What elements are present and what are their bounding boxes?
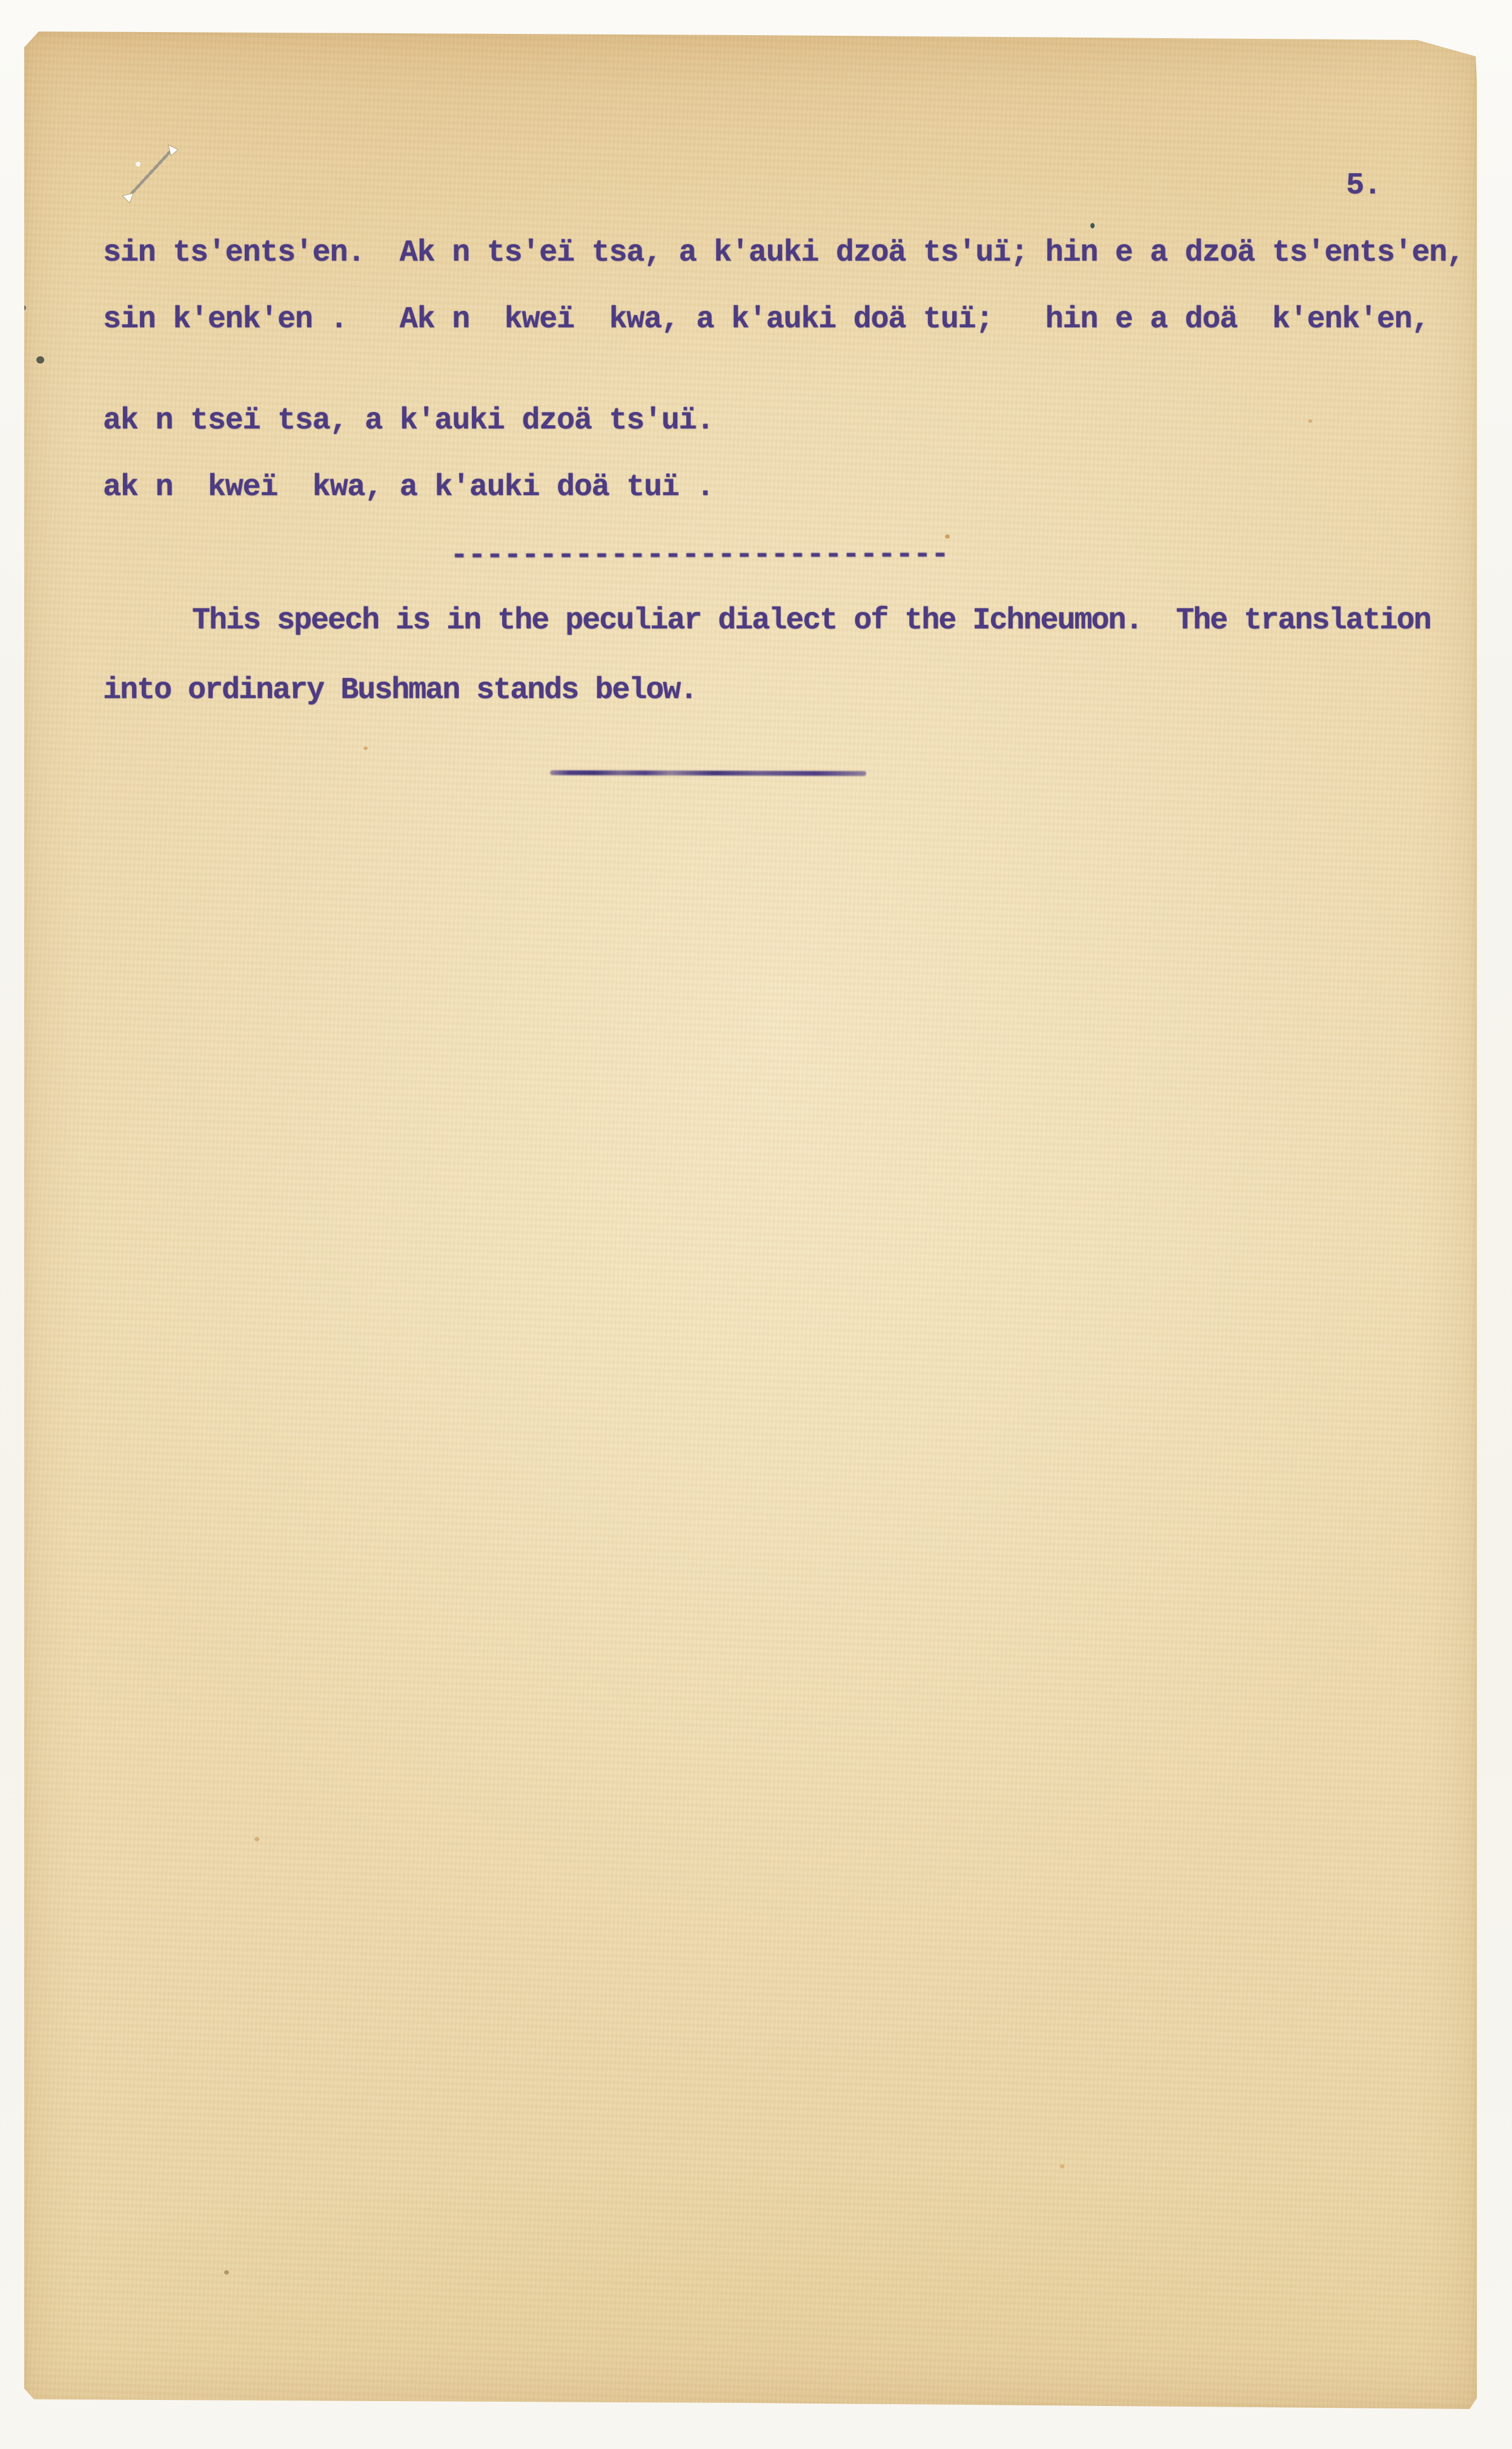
paper-speck: [363, 746, 368, 750]
scanned-document-image: { "document": { "page_number": "5.", "di…: [0, 0, 1512, 2449]
solid-rule-line: [550, 770, 866, 776]
note-text-line-2: into ordinary Bushman stands below.: [103, 676, 697, 706]
paper-speck: [254, 1837, 259, 1841]
paper-speck: [1308, 419, 1312, 423]
dialect-text-line-1: sin ts'ents'en. Ak n ts'eï tsa, a k'auki…: [103, 238, 1464, 268]
paper-speck: [1060, 2164, 1064, 2168]
paper-speck: [36, 356, 44, 364]
dashed-separator-line: ----------------------------: [450, 540, 949, 571]
paper-speck: [22, 305, 26, 310]
dialect-text-line-4: ak n kweï kwa, a k'auki doä tuï .: [103, 473, 714, 503]
dialect-text-line-2: sin k'enk'en . Ak n kweï kwa, a k'auki d…: [103, 305, 1429, 335]
paper-speck: [1090, 223, 1095, 228]
paper-speck: [224, 2270, 229, 2275]
dialect-text-line-3: ak n tseï tsa, a k'auki dzoä ts'uï.: [103, 406, 714, 436]
note-text-line-1: This speech is in the peculiar dialect o…: [192, 606, 1430, 636]
typewritten-page: 5. sin ts'ents'en. Ak n ts'eï tsa, a k'a…: [24, 32, 1477, 2410]
page-number: 5.: [1346, 171, 1381, 201]
pin-scratch-mark: [115, 138, 206, 241]
